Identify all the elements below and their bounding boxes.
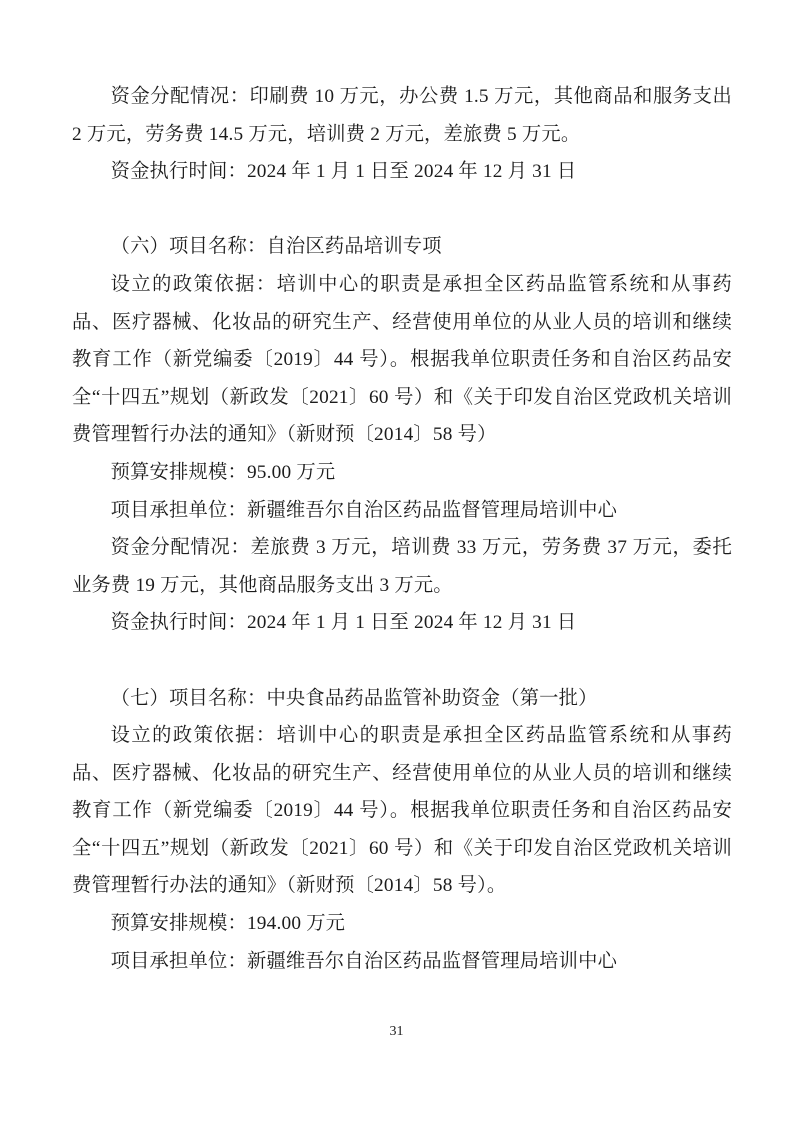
section-six-undertaking-unit-paragraph: 项目承担单位：新疆维吾尔自治区药品监督管理局培训中心 xyxy=(72,492,732,530)
section-six-fund-allocation-paragraph: 资金分配情况：差旅费 3 万元，培训费 33 万元，劳务费 37 万元，委托业务… xyxy=(72,529,732,604)
blank-line xyxy=(72,191,732,229)
intro-fund-allocation-paragraph: 资金分配情况：印刷费 10 万元，办公费 1.5 万元，其他商品和服务支出 2 … xyxy=(72,78,732,153)
section-seven-policy-basis-paragraph: 设立的政策依据：培训中心的职责是承担全区药品监管系统和从事药品、医疗器械、化妆品… xyxy=(72,717,732,905)
section-six-policy-basis-paragraph: 设立的政策依据：培训中心的职责是承担全区药品监管系统和从事药品、医疗器械、化妆品… xyxy=(72,266,732,454)
document-page: 资金分配情况：印刷费 10 万元，办公费 1.5 万元，其他商品和服务支出 2 … xyxy=(0,0,793,1122)
section-six-title: （六）项目名称：自治区药品培训专项 xyxy=(72,228,732,266)
section-seven-budget-scale-paragraph: 预算安排规模：194.00 万元 xyxy=(72,905,732,943)
section-seven-title: （七）项目名称：中央食品药品监管补助资金（第一批） xyxy=(72,680,732,718)
section-seven-undertaking-unit-paragraph: 项目承担单位：新疆维吾尔自治区药品监督管理局培训中心 xyxy=(72,943,732,981)
page-number: 31 xyxy=(0,1022,793,1042)
section-six-fund-execution-paragraph: 资金执行时间：2024 年 1 月 1 日至 2024 年 12 月 31 日 xyxy=(72,604,732,642)
section-six-budget-scale-paragraph: 预算安排规模：95.00 万元 xyxy=(72,454,732,492)
blank-line xyxy=(72,642,732,680)
intro-fund-execution-paragraph: 资金执行时间：2024 年 1 月 1 日至 2024 年 12 月 31 日 xyxy=(72,153,732,191)
document-body: 资金分配情况：印刷费 10 万元，办公费 1.5 万元，其他商品和服务支出 2 … xyxy=(72,78,732,980)
